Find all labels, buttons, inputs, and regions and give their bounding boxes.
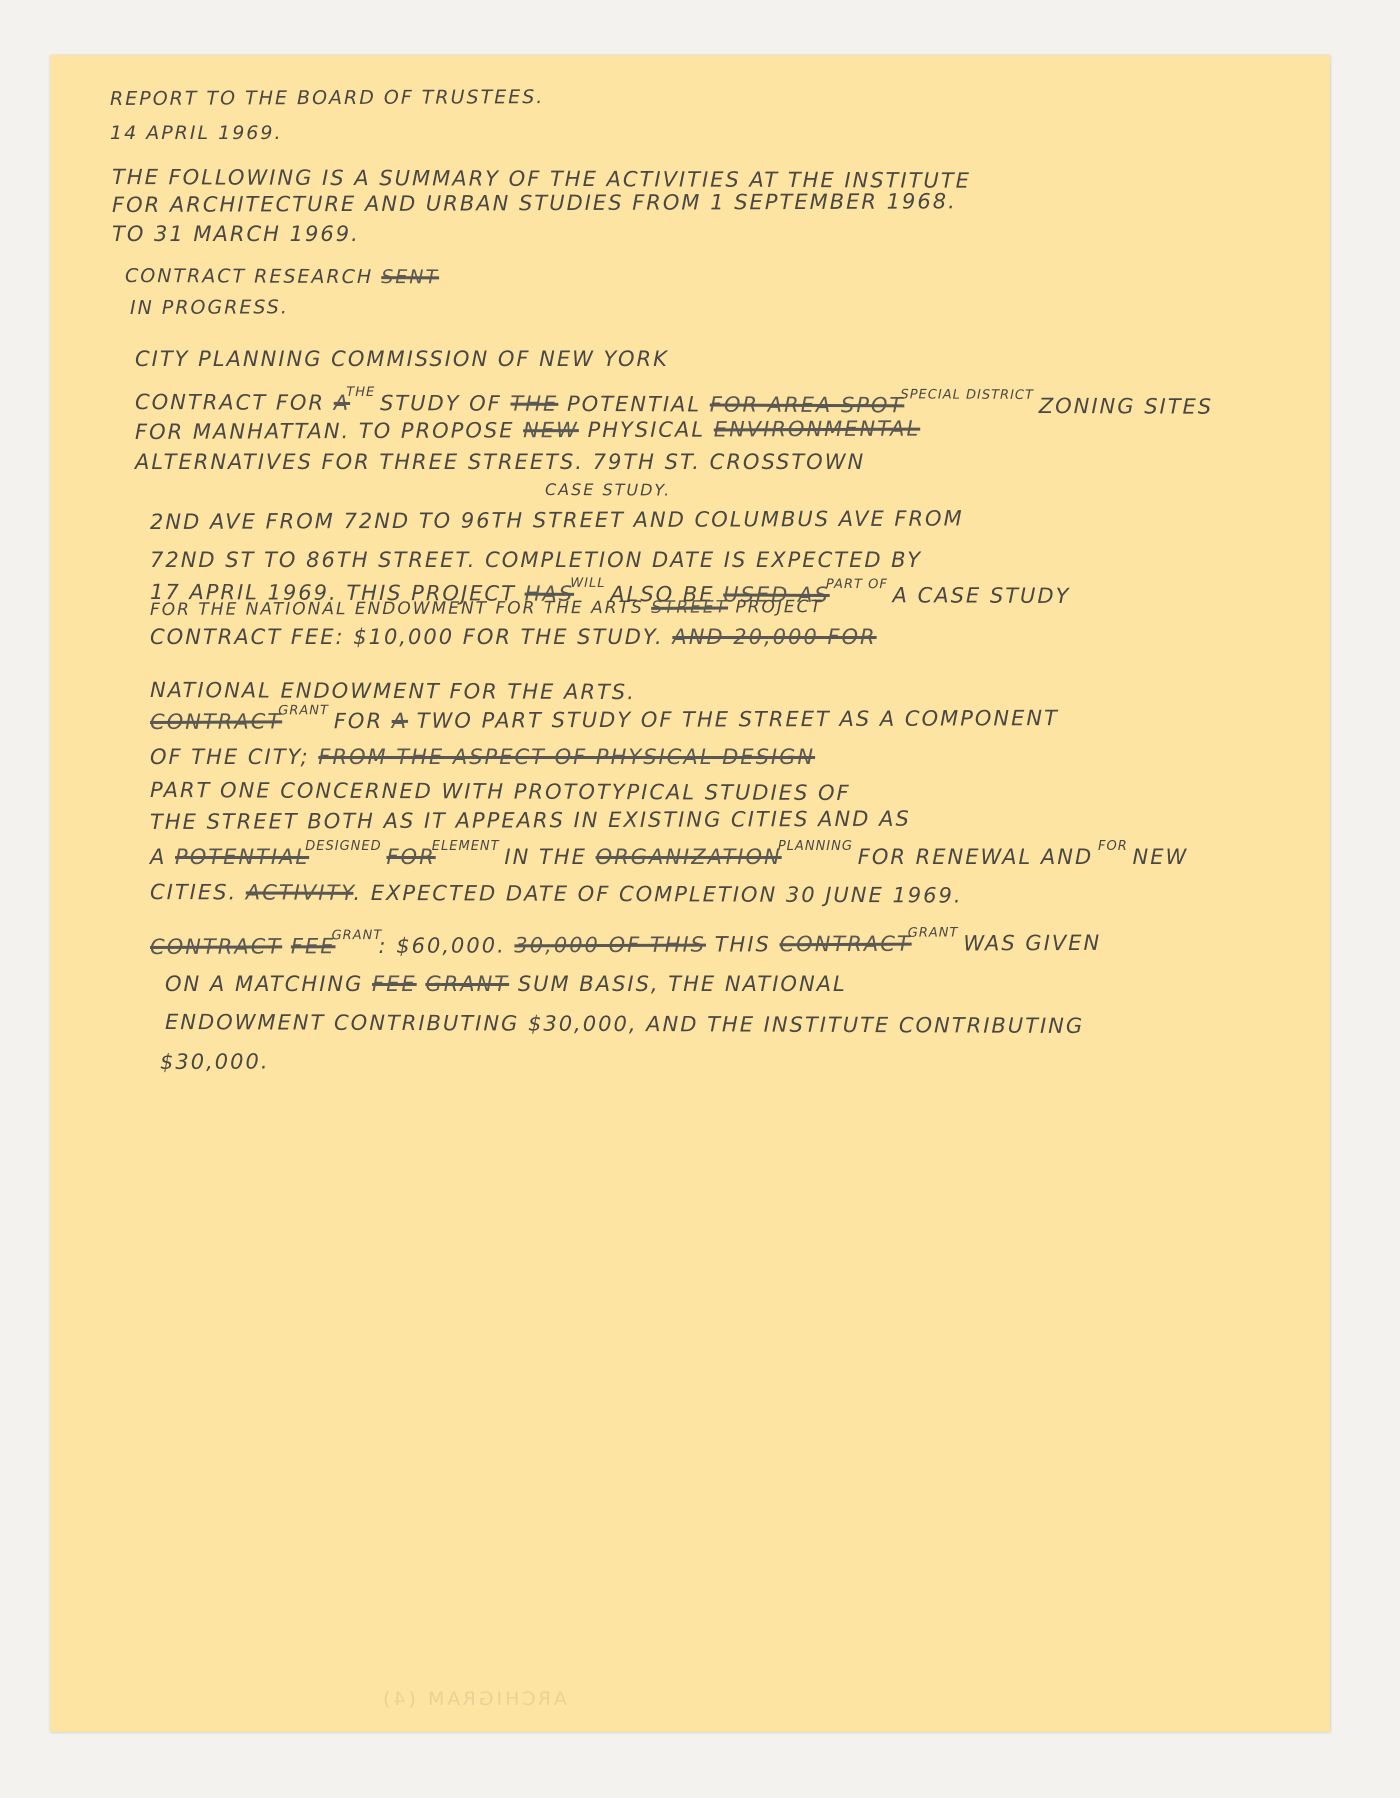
inserted-correction: grant	[908, 926, 959, 941]
line-text: a	[150, 845, 175, 869]
line-text: for Architecture and Urban Studies from …	[112, 189, 957, 217]
struck-text: activity	[246, 880, 354, 904]
line-text: Endowment contributing $30,000, and the …	[165, 1010, 1084, 1038]
handwritten-line: City Planning Commission of New York	[135, 347, 669, 371]
line-text: Contract fee: $10,000 for the study.	[150, 625, 672, 649]
handwritten-line: 72nd St to 86th Street. Completion date …	[150, 548, 922, 572]
line-text: in progress.	[130, 296, 289, 319]
handwritten-line: Contract Research sent	[125, 265, 439, 288]
line-text: : $60,000.	[378, 933, 514, 958]
line-text: for	[325, 709, 392, 733]
handwritten-line: on a matching fee grant sum basis, the N…	[165, 972, 847, 996]
inserted-correction: grant	[278, 704, 329, 719]
handwritten-line: National Endowment for the Arts.	[150, 678, 636, 704]
handwritten-line: Contract fee: $10,000 for the study. and…	[150, 625, 877, 649]
handwritten-line: 2nd Ave from 72nd to 96th Street and Col…	[150, 506, 964, 534]
struck-text: organization	[596, 845, 782, 869]
struck-text: grant	[425, 972, 509, 996]
line-text: of the city;	[150, 745, 318, 769]
inserted-correction: part of	[826, 577, 888, 592]
inserted-correction: special district	[900, 388, 1034, 404]
line-text: study of	[371, 391, 510, 416]
bleed-through-archive-stamp: ARCHIGRAM (4)	[380, 1688, 567, 1710]
line-text: for the National Endowment for the Arts	[150, 598, 651, 620]
handwritten-line: of the city; from the aspect of physical…	[150, 745, 815, 769]
inserted-correction: grant	[332, 928, 383, 943]
struck-text: the	[510, 392, 558, 416]
struck-text: new	[523, 418, 579, 442]
handwritten-line: for Manhattan. To propose new physical e…	[135, 417, 920, 444]
line-text: in the	[496, 845, 596, 869]
line-text: National Endowment for the Arts.	[150, 678, 636, 704]
line-text: was given	[955, 931, 1102, 956]
line-text: sum basis, the National	[509, 972, 847, 996]
struck-text: contract	[150, 709, 282, 734]
line-text: . Expected date of completion 30 June 19…	[353, 881, 962, 908]
line-text	[282, 934, 291, 958]
line-text: two part study of the street as a compon…	[408, 706, 1059, 733]
struck-text: for	[386, 845, 435, 869]
struck-text: sent	[381, 266, 439, 288]
struck-text: street	[651, 597, 728, 617]
line-text: on a matching	[165, 972, 372, 996]
struck-text: from the aspect of physical design	[318, 745, 815, 769]
line-text: physical	[579, 417, 714, 442]
line-text: for renewal and	[849, 845, 1102, 869]
handwritten-line: The following is a summary of the activi…	[112, 165, 971, 193]
line-text: This	[706, 932, 780, 956]
struck-text: 30,000 of this	[514, 933, 706, 958]
handwritten-line: 14 April 1969.	[110, 122, 283, 144]
struck-text: potential	[175, 845, 309, 869]
handwritten-line: contract feegrant: $60,000. 30,000 of th…	[150, 931, 1101, 959]
line-text: 2nd Ave from 72nd to 96th Street and Col…	[150, 506, 964, 534]
line-text: zoning sites	[1030, 394, 1213, 419]
handwritten-line: the street both as it appears in existin…	[150, 807, 911, 834]
line-text: project	[728, 597, 823, 617]
inserted-correction: planning	[778, 839, 853, 854]
line-text: Report to the Board of Trustees.	[110, 86, 544, 110]
struck-text: fee	[372, 972, 417, 996]
line-text: Contract for	[135, 390, 334, 415]
handwritten-line: a potentialdesigned forelement in the or…	[150, 845, 1188, 869]
struck-text: for area spot	[710, 393, 905, 418]
line-text: 14 April 1969.	[110, 122, 283, 144]
inserted-correction: will	[570, 576, 605, 591]
struck-text: and 20,000 for	[672, 625, 876, 649]
struck-text: contract	[150, 934, 282, 959]
handwritten-line: to 31 March 1969.	[112, 222, 360, 246]
handwritten-line: in progress.	[130, 296, 289, 319]
line-text: $30,000.	[160, 1050, 270, 1074]
handwritten-line: Part one concerned with prototypical stu…	[150, 778, 851, 805]
line-text: Contract Research	[125, 265, 381, 288]
inserted-correction: element	[432, 839, 500, 854]
line-text: for Manhattan. To propose	[135, 418, 523, 444]
handwritten-line: alternatives for three streets. 79th St.…	[135, 450, 865, 474]
handwritten-line: Endowment contributing $30,000, and the …	[165, 1010, 1084, 1038]
line-text: the street both as it appears in existin…	[150, 807, 911, 834]
handwritten-line: $30,000.	[160, 1050, 270, 1074]
line-text: potential	[558, 392, 710, 417]
line-text: cities.	[150, 880, 246, 904]
line-text: 72nd St to 86th Street. Completion date …	[150, 548, 922, 572]
line-text: Part one concerned with prototypical stu…	[150, 778, 851, 805]
line-text: The following is a summary of the activi…	[112, 165, 971, 193]
line-text: alternatives for three streets. 79th St.…	[135, 450, 865, 474]
struck-text: a	[392, 709, 408, 733]
line-text: to 31 March 1969.	[112, 222, 360, 246]
handwritten-line: contractgrant for a two part study of th…	[150, 706, 1059, 734]
struck-text: environmental	[714, 417, 921, 442]
line-text: a case study	[884, 583, 1071, 608]
line-text: City Planning Commission of New York	[135, 347, 669, 371]
handwritten-line: for the National Endowment for the Arts …	[150, 597, 823, 620]
handwritten-line: case study.	[545, 480, 671, 500]
handwritten-line: for Architecture and Urban Studies from …	[112, 189, 957, 217]
handwritten-line: Contract for athe study of the potential…	[135, 390, 1213, 419]
line-text: case study.	[545, 480, 671, 500]
handwritten-line: Report to the Board of Trustees.	[110, 86, 544, 110]
struck-text: contract	[779, 932, 911, 957]
line-text: new	[1124, 845, 1188, 869]
struck-text: fee	[291, 934, 336, 958]
inserted-correction: designed	[305, 839, 381, 854]
handwritten-line: cities. activity. Expected date of compl…	[150, 880, 963, 908]
